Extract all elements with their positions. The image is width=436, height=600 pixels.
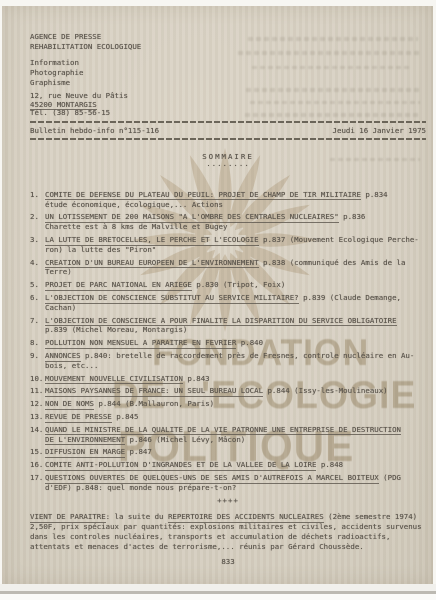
- toc-item-6: 6. L'OBJECTION DE CONSCIENCE SUBSTITUT A…: [30, 293, 426, 313]
- vient-de-paraitre-paragraph: VIENT DE PARAITRE: la suite du REPERTOIR…: [30, 512, 426, 551]
- service-photographie: Photographie: [30, 68, 426, 78]
- item-number: 7.: [30, 316, 39, 326]
- service-graphisme: Graphisme: [30, 78, 426, 88]
- item-number: 5.: [30, 280, 39, 290]
- toc-item-12: 12. NON DE NOMS p.844 (B.Mallauron, Pari…: [30, 399, 426, 409]
- toc-item-9: 9. ANNONCES p.840: bretelle de raccordem…: [30, 351, 426, 371]
- toc-item-11: 11. MAISONS PAYSANNES DE FRANCE: UN SEUL…: [30, 386, 426, 396]
- toc-item-3: 3. LA LUTTE DE BRETOCELLES, LE PERCHE ET…: [30, 235, 426, 255]
- toc-item-1: 1. COMITE DE DEFENSE DU PLATEAU DU PEUIL…: [30, 190, 426, 210]
- item-title: CREATION D'UN BUREAU EUROPEEN DE L'ENVIR…: [45, 258, 259, 269]
- scanned-bulletin-page: FONDATION DE L'ECOLOGIE POLITIQUE AGENCE…: [0, 0, 436, 600]
- toc-item-15: 15. DIFFUSION EN MARGE p.847: [30, 447, 426, 457]
- dashed-rule-bottom: [30, 138, 426, 140]
- item-title: MAISONS PAYSANNES DE FRANCE: UN SEUL BUR…: [45, 386, 263, 397]
- item-title: L'OBJECTION DE CONSCIENCE SUBSTITUT AU S…: [45, 293, 299, 304]
- bulletin-date: Jeudi 16 Janvier 1975: [333, 126, 426, 136]
- item-number: 3.: [30, 235, 39, 245]
- item-number: 15.: [30, 447, 43, 457]
- item-number: 8.: [30, 338, 39, 348]
- agency-name-line1: AGENCE DE PRESSE: [30, 32, 426, 42]
- plus-separator: ++++: [30, 496, 426, 506]
- item-number: 4.: [30, 258, 39, 268]
- toc-item-17: 17. QUESTIONS OUVERTES DE QUELQUES-UNS D…: [30, 473, 426, 493]
- item-title: MOUVEMENT NOUVELLE CIVILISATION: [45, 374, 183, 385]
- item-number: 13.: [30, 412, 43, 422]
- page-number: 833: [30, 557, 426, 567]
- item-title: PROJET DE PARC NATIONAL EN ARIEGE: [45, 280, 192, 291]
- item-number: 1.: [30, 190, 39, 200]
- toc-item-5: 5. PROJET DE PARC NATIONAL EN ARIEGE p.8…: [30, 280, 426, 290]
- item-title: REVUE DE PRESSE: [45, 412, 112, 423]
- toc-item-16: 16. COMITE ANTI-POLLUTION D'INGRANDES ET…: [30, 460, 426, 470]
- bulletin-number: Bulletin hebdo-info n°115-116: [30, 126, 159, 136]
- item-title: POLLUTION NON MENSUEL A PARAITRE EN FEVR…: [45, 338, 236, 349]
- item-number: 10.: [30, 374, 43, 384]
- agency-name-line2: REHABILITATION ECOLOGIQUE: [30, 42, 426, 52]
- toc-item-8: 8. POLLUTION NON MENSUEL A PARAITRE EN F…: [30, 338, 426, 348]
- toc-item-2: 2. UN LOTISSEMENT DE 200 MAISONS "A L'OM…: [30, 212, 426, 232]
- item-title: COMITE ANTI-POLLUTION D'INGRANDES ET DE …: [45, 460, 316, 471]
- dashed-rule-top: [30, 121, 426, 123]
- item-title: DIFFUSION EN MARGE: [45, 447, 125, 458]
- item-title: NON DE NOMS: [45, 399, 94, 410]
- item-number: 9.: [30, 351, 39, 361]
- toc-item-10: 10. MOUVEMENT NOUVELLE CIVILISATION p.84…: [30, 374, 426, 384]
- toc-item-14: 14. QUAND LE MINISTRE DE LA QUALITE DE L…: [30, 425, 426, 445]
- item-number: 16.: [30, 460, 43, 470]
- toc-item-7: 7. L'OBJECTION DE CONSCIENCE A POUR FINA…: [30, 316, 426, 336]
- item-number: 6.: [30, 293, 39, 303]
- item-number: 12.: [30, 399, 43, 409]
- item-number: 11.: [30, 386, 43, 396]
- toc-item-4: 4. CREATION D'UN BUREAU EUROPEEN DE L'EN…: [30, 258, 426, 278]
- toc-item-13: 13. REVUE DE PRESSE p.845: [30, 412, 426, 422]
- sommaire-dots: ........: [30, 159, 426, 169]
- item-number: 2.: [30, 212, 39, 222]
- masthead-row: Bulletin hebdo-info n°115-116 Jeudi 16 J…: [30, 126, 426, 136]
- scan-white-margin: [0, 594, 436, 600]
- item-number: 14.: [30, 425, 43, 435]
- service-information: Information: [30, 58, 426, 68]
- typewritten-content: AGENCE DE PRESSE REHABILITATION ECOLOGIQ…: [30, 32, 426, 566]
- table-of-contents: 1. COMITE DE DEFENSE DU PLATEAU DU PEUIL…: [30, 190, 426, 493]
- item-number: 17.: [30, 473, 43, 483]
- phone-number: Tél. (38) 85-56-15: [30, 109, 426, 118]
